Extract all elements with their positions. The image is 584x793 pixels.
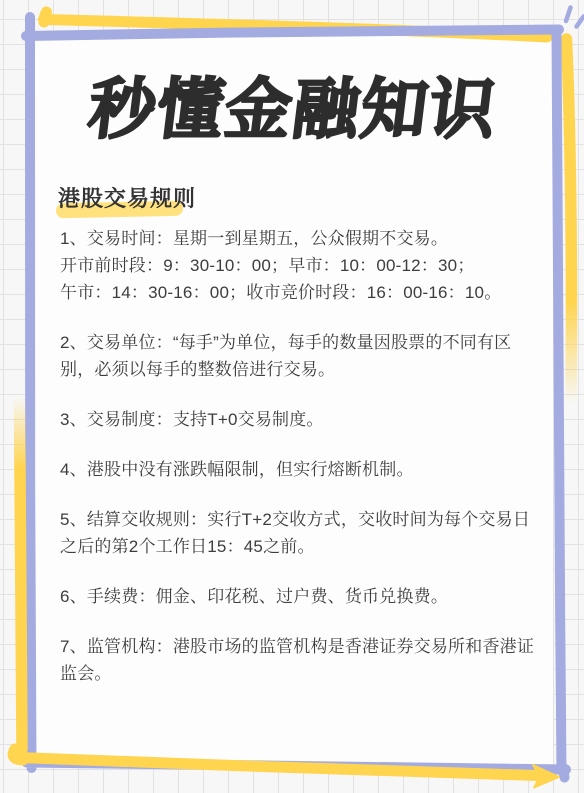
section-header: 港股交易规则 — [58, 183, 196, 215]
poster-title: 秒懂金融知识 — [29, 70, 558, 148]
rule-item-2: 2、交易单位：“每手”为单位，每手的数量因股票的不同有区 别，必须以每手的整数倍… — [60, 329, 546, 383]
rule-item-3: 3、交易制度：支持T+0交易制度。 — [60, 406, 546, 433]
section-title: 港股交易规则 — [58, 186, 196, 211]
rule-item-1: 1、交易时间：星期一到星期五，公众假期不交易。 开市前时段：9：30-10：00… — [60, 225, 546, 306]
rule-item-4: 4、港股中没有涨跌幅限制，但实行熔断机制。 — [60, 456, 546, 483]
rule-item-5: 5、结算交收规则：实行T+2交收方式，交收时间为每个交易日 之后的第2个工作日1… — [60, 506, 546, 560]
rule-item-6: 6、手续费：佣金、印花税、过户费、货币兑换费。 — [60, 583, 546, 610]
rules-list: 1、交易时间：星期一到星期五，公众假期不交易。 开市前时段：9：30-10：00… — [60, 225, 546, 710]
rule-item-7: 7、监管机构：港股市场的监管机构是香港证券交易所和香港证 监会。 — [60, 633, 546, 687]
